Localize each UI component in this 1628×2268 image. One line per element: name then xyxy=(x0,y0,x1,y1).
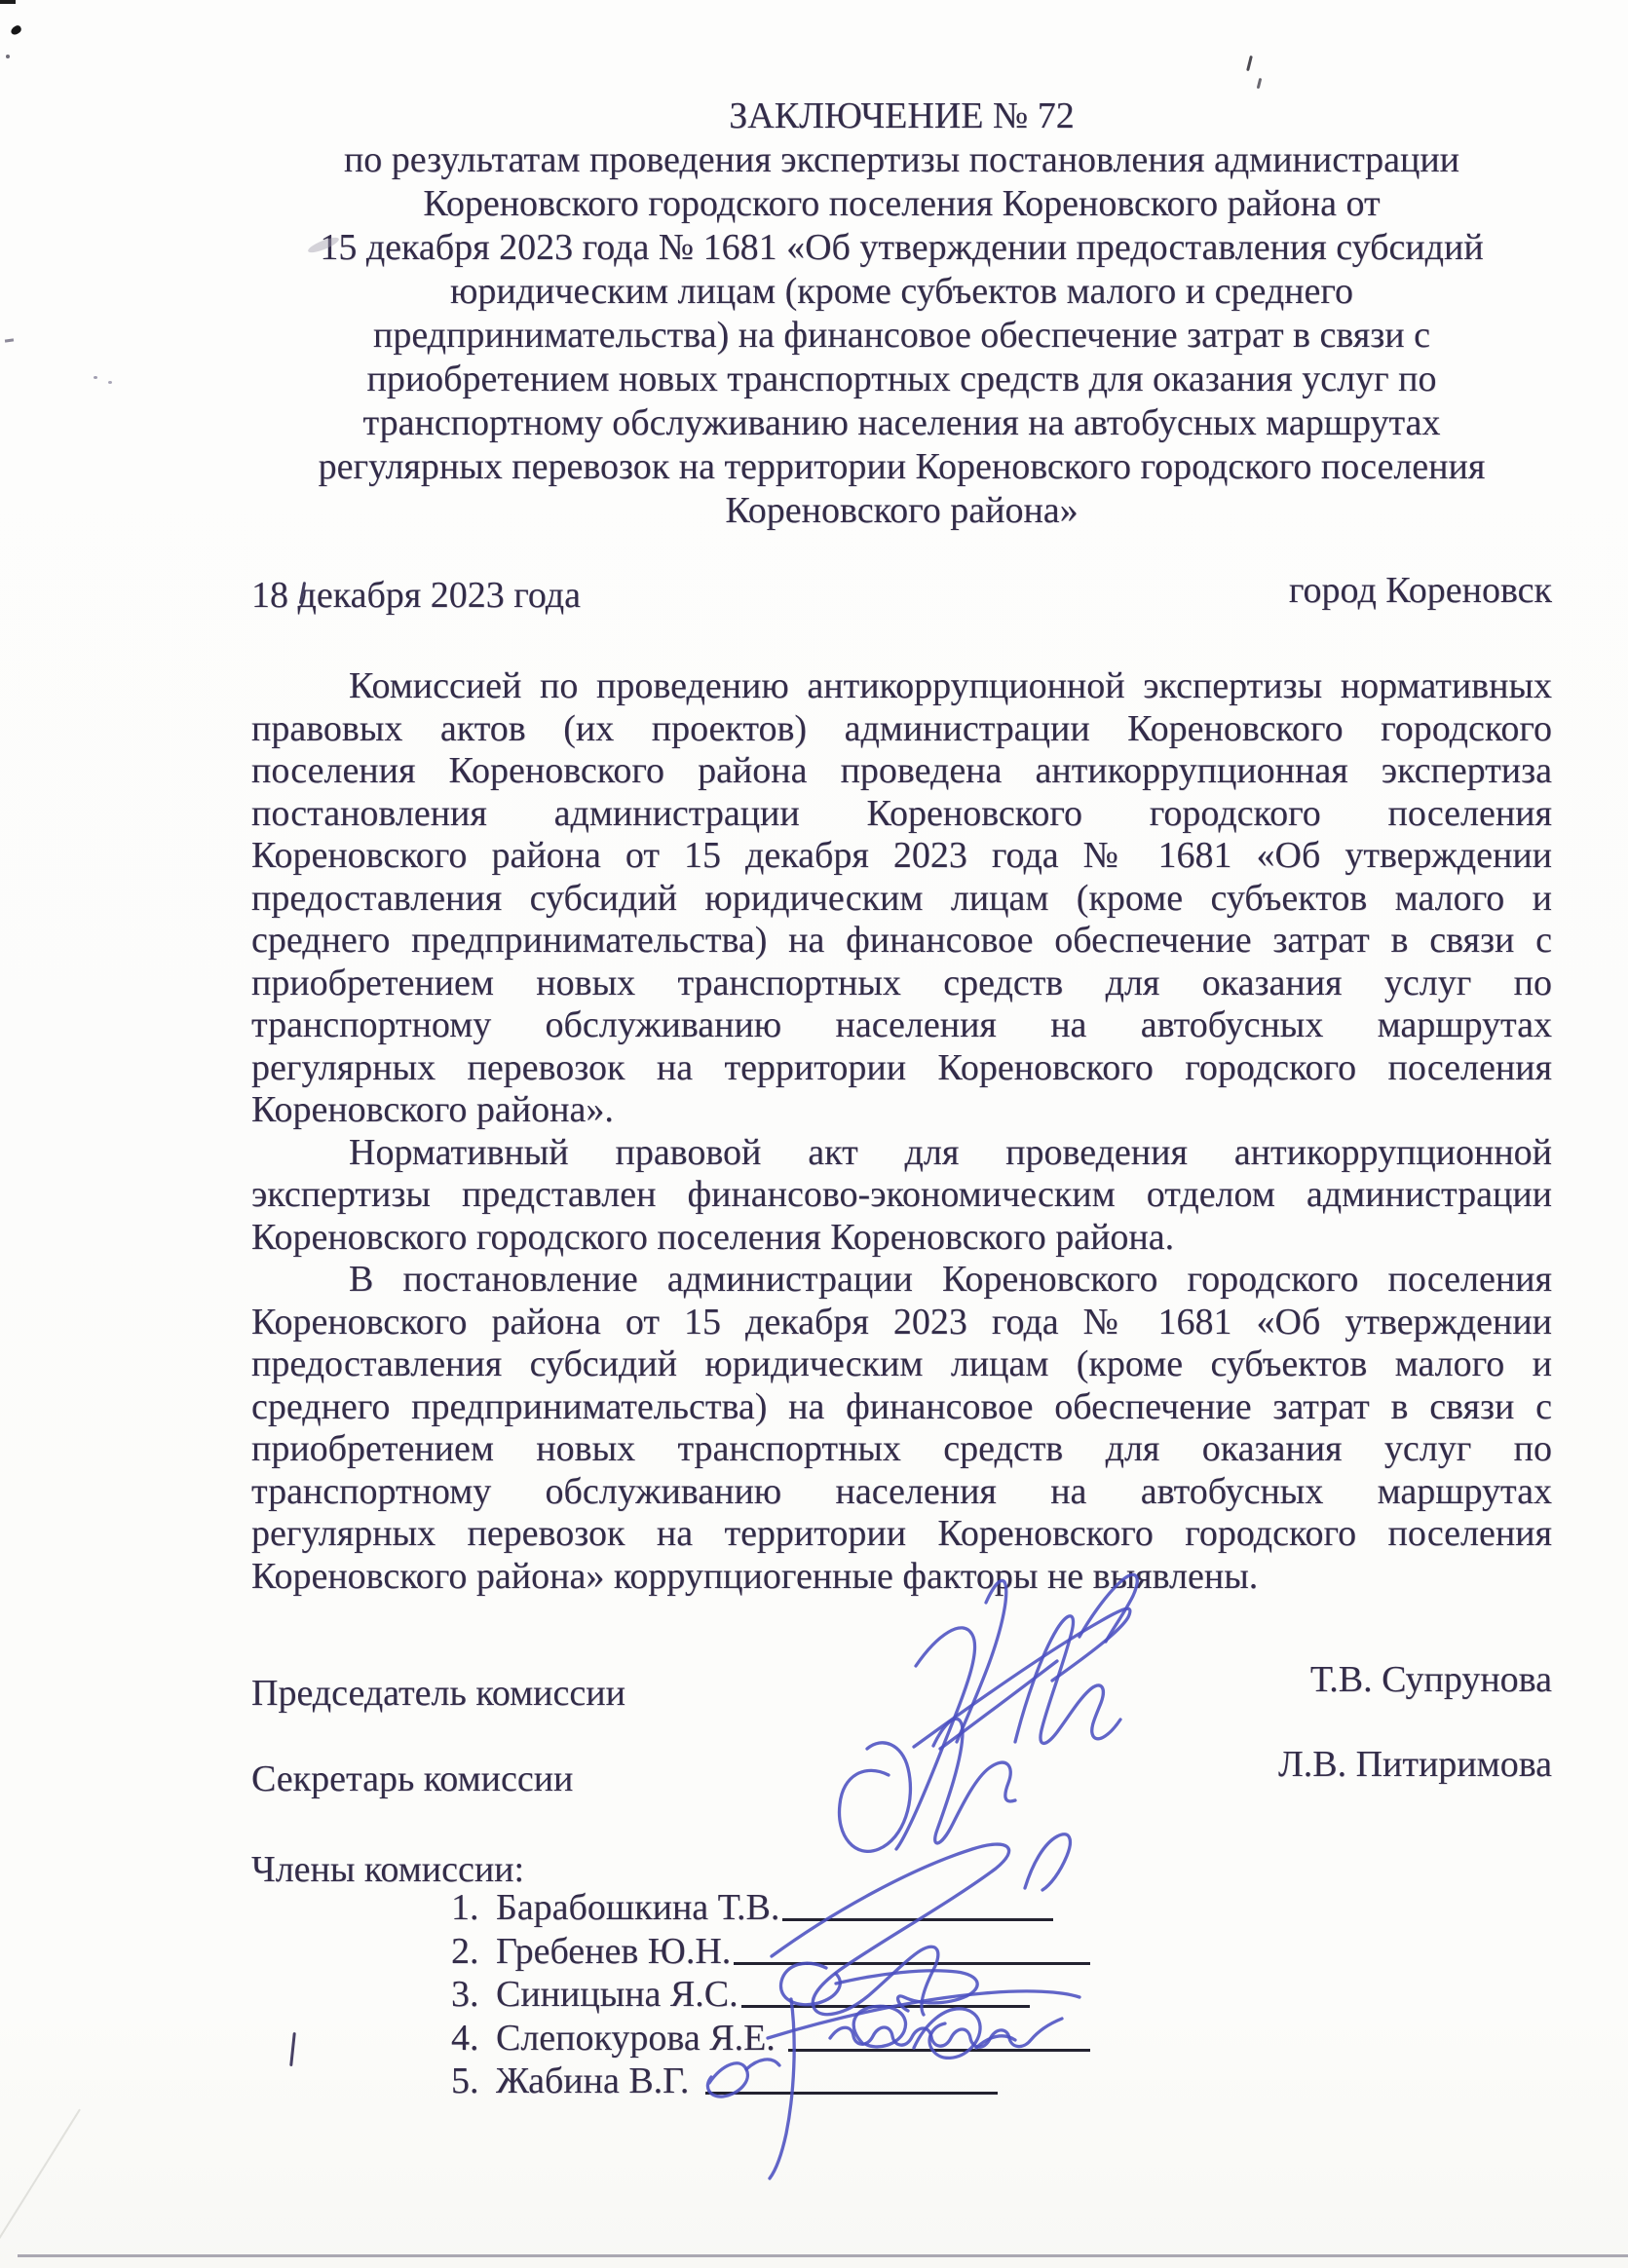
document-title: ЗАКЛЮЧЕНИЕ № 72 по результатам проведени… xyxy=(251,94,1552,533)
member-name: Гребенев Ю.Н. xyxy=(496,1930,731,1973)
body-line: регулярных перевозок на территории Корен… xyxy=(251,1047,1552,1090)
date-city-row: 18 декабря 2023 года город Кореновск xyxy=(251,574,1552,617)
body-line: Кореновского района от 15 декабря 2023 г… xyxy=(251,835,1552,878)
body-line: Нормативный правовой акт для проведения … xyxy=(251,1132,1552,1175)
member-row: 3. Синицына Я.С. xyxy=(451,1973,1153,2017)
scan-edge-line xyxy=(18,2254,1628,2257)
body-line: Комиссией по проведению антикоррупционно… xyxy=(251,665,1552,708)
member-number: 4. xyxy=(451,2017,496,2060)
scan-artifact xyxy=(6,55,10,58)
document-body: Комиссией по проведению антикоррупционно… xyxy=(251,665,1552,1598)
chairman-name: Т.В. Супрунова xyxy=(1310,1658,1552,1701)
title-line: ЗАКЛЮЧЕНИЕ № 72 xyxy=(251,94,1552,138)
body-line: приобретением новых транспортных средств… xyxy=(251,1428,1552,1471)
member-row: 2. Гребенев Ю.Н. xyxy=(451,1930,1153,1974)
member-number: 2. xyxy=(451,1930,496,1973)
scanned-document-page: ЗАКЛЮЧЕНИЕ № 72 по результатам проведени… xyxy=(0,0,1628,2268)
title-line: предпринимательства) на финансовое обесп… xyxy=(251,314,1552,358)
title-line: приобретением новых транспортных средств… xyxy=(251,358,1552,401)
body-line: среднего предпринимательства) на финансо… xyxy=(251,920,1552,963)
scan-artifact xyxy=(108,381,112,384)
body-line: приобретением новых транспортных средств… xyxy=(251,963,1552,1005)
body-line: Кореновского района». xyxy=(251,1089,1552,1132)
member-name: Синицына Я.С. xyxy=(496,1973,738,2016)
member-number: 5. xyxy=(451,2060,496,2102)
signature-secretary xyxy=(839,1580,1015,1851)
member-name: Жабина В.Г. xyxy=(496,2060,689,2102)
scan-artifact xyxy=(1246,56,1253,71)
member-number: 3. xyxy=(451,1973,496,2016)
chairman-label: Председатель комиссии xyxy=(251,1672,625,1715)
body-line: поселения Кореновского района проведена … xyxy=(251,750,1552,793)
secretary-label: Секретарь комиссии xyxy=(251,1758,573,1800)
scan-artifact xyxy=(1257,78,1262,89)
signature-chairman xyxy=(914,1574,1137,1749)
title-line: по результатам проведения экспертизы пос… xyxy=(251,138,1552,182)
body-line: Кореновского городского поселения Корено… xyxy=(251,1217,1552,1260)
member-row: 1. Барабошкина Т.В. xyxy=(451,1886,1153,1930)
body-line: Кореновского района от 15 декабря 2023 г… xyxy=(251,1302,1552,1344)
scan-artifact xyxy=(94,376,97,379)
body-line: транспортному обслуживанию населения на … xyxy=(251,1471,1552,1514)
body-line: постановления администрации Кореновского… xyxy=(251,793,1552,836)
document-city: город Кореновск xyxy=(1289,569,1552,612)
body-line: Кореновского района» коррупциогенные фак… xyxy=(251,1556,1552,1599)
members-list: 1. Барабошкина Т.В. 2. Гребенев Ю.Н. 3. … xyxy=(451,1886,1153,2103)
signature-line xyxy=(741,1973,1030,2008)
scan-artifact xyxy=(0,0,16,4)
body-line: предоставления субсидий юридическим лица… xyxy=(251,1343,1552,1386)
body-line: регулярных перевозок на территории Корен… xyxy=(251,1513,1552,1556)
body-line: экспертизы представлен финансово-экономи… xyxy=(251,1174,1552,1217)
member-row: 5. Жабина В.Г. xyxy=(451,2060,1153,2103)
document-date: 18 декабря 2023 года xyxy=(251,574,581,617)
pen-tick xyxy=(289,2032,295,2066)
title-line: Кореновского района» xyxy=(251,489,1552,533)
member-row: 4. Слепокурова Я.Е. xyxy=(451,2017,1153,2060)
body-line: предоставления субсидий юридическим лица… xyxy=(251,878,1552,921)
signature-line xyxy=(705,2060,998,2095)
signature-line xyxy=(782,1886,1053,1921)
member-number: 1. xyxy=(451,1886,496,1929)
title-line: Кореновского городского поселения Корено… xyxy=(251,182,1552,226)
members-label: Члены комиссии: xyxy=(251,1848,524,1891)
body-line: правовых актов (их проектов) администрац… xyxy=(251,708,1552,751)
member-name: Барабошкина Т.В. xyxy=(496,1886,779,1929)
scan-artifact xyxy=(0,2109,81,2268)
signature-line xyxy=(734,1930,1090,1965)
title-line: транспортному обслуживанию населения на … xyxy=(251,401,1552,445)
title-line: 15 декабря 2023 года № 1681 «Об утвержде… xyxy=(251,226,1552,270)
body-line: В постановление администрации Кореновско… xyxy=(251,1259,1552,1302)
signature-line xyxy=(788,2017,1090,2052)
secretary-name: Л.В. Питиримова xyxy=(1278,1743,1552,1786)
scan-artifact xyxy=(10,24,22,36)
body-line: транспортному обслуживанию населения на … xyxy=(251,1004,1552,1047)
scan-artifact xyxy=(5,338,14,342)
body-line: среднего предпринимательства) на финансо… xyxy=(251,1386,1552,1429)
member-name: Слепокурова Я.Е. xyxy=(496,2017,776,2060)
title-line: юридическим лицам (кроме субъектов малог… xyxy=(251,270,1552,314)
title-line: регулярных перевозок на территории Корен… xyxy=(251,445,1552,489)
